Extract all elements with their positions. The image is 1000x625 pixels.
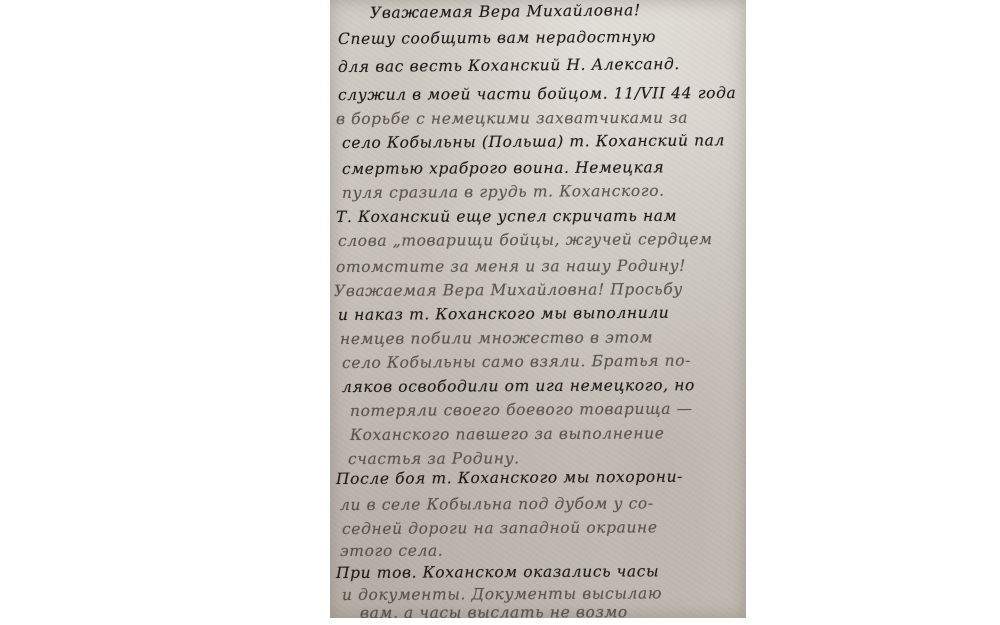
letter-line: Уважаемая Вера Михайловна! Просьбу [334, 280, 683, 300]
letter-line: и наказ т. Коханского мы выполнили [338, 304, 669, 324]
letter-line: седней дороги на западной окраине [342, 518, 658, 538]
letter-line: Т. Коханский еще успел скричать нам [336, 207, 677, 226]
letter-line: смертью храброго воина. Немецкая [342, 158, 664, 178]
letter-line: вам, а часы выслать не возмо [360, 603, 628, 618]
letter-paper: Уважаемая Вера Михайловна! Спешу сообщит… [330, 0, 746, 618]
letter-line-salutation: Уважаемая Вера Михайловна! [370, 1, 641, 22]
letter-line: в борьбе с немецкими захватчиками за [336, 109, 688, 128]
letter-line: служил в моей части бойцом. 11/VII 44 го… [338, 84, 736, 104]
letter-text: Уважаемая Вера Михайловна! Спешу сообщит… [330, 0, 746, 618]
letter-line: село Кобыльны (Польша) т. Коханский пал [342, 131, 725, 152]
letter-line: и документы. Документы высылаю [342, 584, 662, 604]
letter-line: потеряли своего боевого товарища — [350, 400, 693, 420]
letter-line: слова „товарищи бойцы, жгучей сердцем [338, 230, 713, 250]
letter-line: Коханского павшего за выполнение [350, 424, 665, 444]
letter-line: Спешу сообщить вам нерадостную [338, 28, 656, 48]
letter-line: отомстите за меня и за нашу Родину! [336, 257, 686, 276]
letter-line: село Кобыльны само взяли. Братья по- [342, 352, 691, 372]
letter-line: этого села. [340, 542, 443, 560]
letter-line: После боя т. Коханского мы похорони- [336, 468, 683, 488]
letter-line: немцев побили множество в этом [340, 328, 653, 348]
letter-line: счастья за Родину. [348, 449, 520, 468]
letter-line: ляков освободили от ига немецкого, но [342, 376, 695, 396]
letter-line: ли в селе Кобыльна под дубом у со- [340, 494, 654, 514]
letter-line: При тов. Коханском оказались часы [336, 562, 659, 582]
letter-line: пуля сразила в грудь т. Коханского. [342, 182, 665, 202]
letter-line: для вас весть Коханский Н. Александ. [338, 55, 680, 76]
